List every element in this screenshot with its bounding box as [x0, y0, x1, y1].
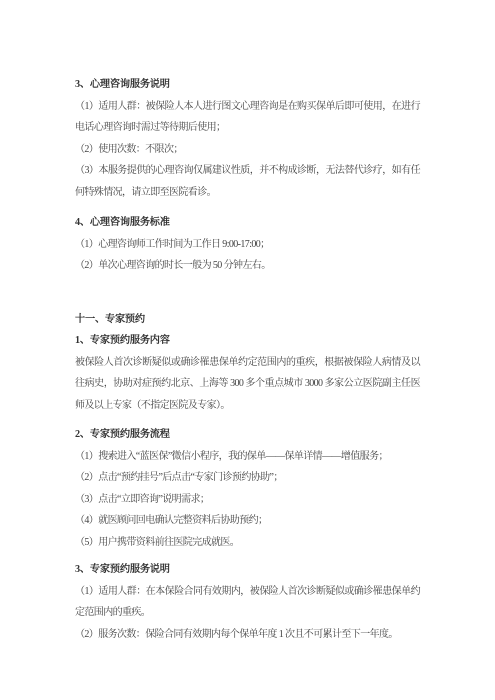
paragraph: （2）点击“预约挂号”后点击“专家门诊预约协助”；: [75, 467, 420, 489]
paragraph: （3）点击“立即咨询”说明需求；: [75, 489, 420, 511]
paragraph: （2）单次心理咨询的时长一般为 50 分钟左右。: [75, 255, 420, 277]
paragraph: （5）用户携带资料前往医院完成就医。: [75, 532, 420, 554]
section-heading: 4、心理咨询服务标准: [75, 212, 420, 234]
section-heading: 1、专家预约服务内容: [75, 330, 420, 352]
paragraph: 被保险人首次诊断疑似或确诊罹患保单约定范围内的重疾，根据被保险人病情及以往病史，…: [75, 352, 420, 417]
section-heading: 3、专家预约服务说明: [75, 559, 420, 581]
section-expert-appointment-process: 2、专家预约服务流程 （1）搜索进入“蓝医保”微信小程序，我的保单——保单详情—…: [75, 424, 420, 553]
paragraph: （1）适用人群：被保险人本人进行图文心理咨询是在购买保单后即可使用，在进行电话心…: [75, 96, 420, 139]
paragraph: （3）本服务提供的心理咨询仅属建议性质，并不构成诊断，无法替代诊疗，如有任何特殊…: [75, 160, 420, 203]
paragraph: （2）服务次数：保险合同有效期内每个保单年度 1 次且不可累计至下一年度。: [75, 624, 420, 646]
section-heading: 2、专家预约服务流程: [75, 424, 420, 446]
section-expert-appointment-description: 3、专家预约服务说明 （1）适用人群：在本保险合同有效期内，被保险人首次诊断疑似…: [75, 559, 420, 645]
section-expert-appointment-chapter: 十一、专家预约: [75, 309, 420, 331]
section-psych-counseling-description: 3、心理咨询服务说明 （1）适用人群：被保险人本人进行图文心理咨询是在购买保单后…: [75, 74, 420, 203]
document-content: 3、心理咨询服务说明 （1）适用人群：被保险人本人进行图文心理咨询是在购买保单后…: [0, 0, 495, 645]
chapter-heading: 十一、专家预约: [75, 309, 420, 331]
section-psych-counseling-standard: 4、心理咨询服务标准 （1）心理咨询师工作时间为工作日 9:00-17:00； …: [75, 212, 420, 277]
paragraph: （4）就医顾问回电确认完整资料后协助预约；: [75, 510, 420, 532]
document-page: 3、心理咨询服务说明 （1）适用人群：被保险人本人进行图文心理咨询是在购买保单后…: [0, 0, 495, 700]
section-expert-appointment-content: 1、专家预约服务内容 被保险人首次诊断疑似或确诊罹患保单约定范围内的重疾，根据被…: [75, 330, 420, 416]
paragraph: （1）搜索进入“蓝医保”微信小程序，我的保单——保单详情——增值服务；: [75, 446, 420, 468]
paragraph: （2）使用次数：不限次；: [75, 139, 420, 161]
section-heading: 3、心理咨询服务说明: [75, 74, 420, 96]
paragraph: （1）适用人群：在本保险合同有效期内，被保险人首次诊断疑似或确诊罹患保单约定范围…: [75, 581, 420, 624]
paragraph: （1）心理咨询师工作时间为工作日 9:00-17:00；: [75, 234, 420, 256]
